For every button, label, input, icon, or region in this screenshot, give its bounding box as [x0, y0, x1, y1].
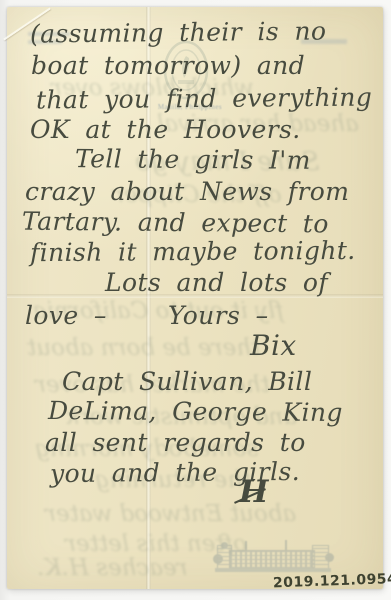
bleed-through-line: there be born about	[27, 337, 260, 360]
building-right-wing	[312, 545, 329, 570]
handwriting-line: Capt Sullivan, Bill	[62, 369, 312, 394]
signature-name: Bix	[250, 332, 297, 360]
accession-number: 2019.121.0954c	[273, 571, 391, 592]
handwriting-line: all sent regards to	[45, 430, 306, 455]
handwriting-line: DeLima, George King	[48, 398, 343, 425]
bleed-through-line: reaches H.K.	[37, 557, 188, 580]
handwriting-line: love –	[25, 303, 107, 328]
handwriting-line: boat tomorrow) and	[31, 53, 305, 78]
handwriting-line: Tell the girls I'm	[75, 146, 311, 173]
building-base	[215, 568, 331, 572]
building-spire	[285, 540, 287, 550]
building-main-block	[229, 550, 315, 569]
building-spire	[245, 541, 247, 550]
letter-paper: Manila, Philippines which blows over ahe…	[7, 7, 383, 589]
handwriting-line: Tartary. and expect to	[22, 209, 329, 237]
handwriting-line: Lots and lots of	[105, 270, 328, 295]
handwriting-line: finish it maybe tonight.	[30, 238, 356, 265]
handwriting-line: that you find everything	[36, 85, 372, 113]
signature-monogram: H	[239, 477, 269, 508]
photo-backdrop: Manila, Philippines which blows over ahe…	[0, 0, 391, 600]
handwriting-line: crazy about News from	[25, 179, 349, 204]
handwriting-line: (assuming their is no	[30, 18, 327, 46]
handwriting-line: Yours –	[168, 303, 269, 328]
handwriting-line: OK at the Hoovers.	[30, 117, 301, 142]
